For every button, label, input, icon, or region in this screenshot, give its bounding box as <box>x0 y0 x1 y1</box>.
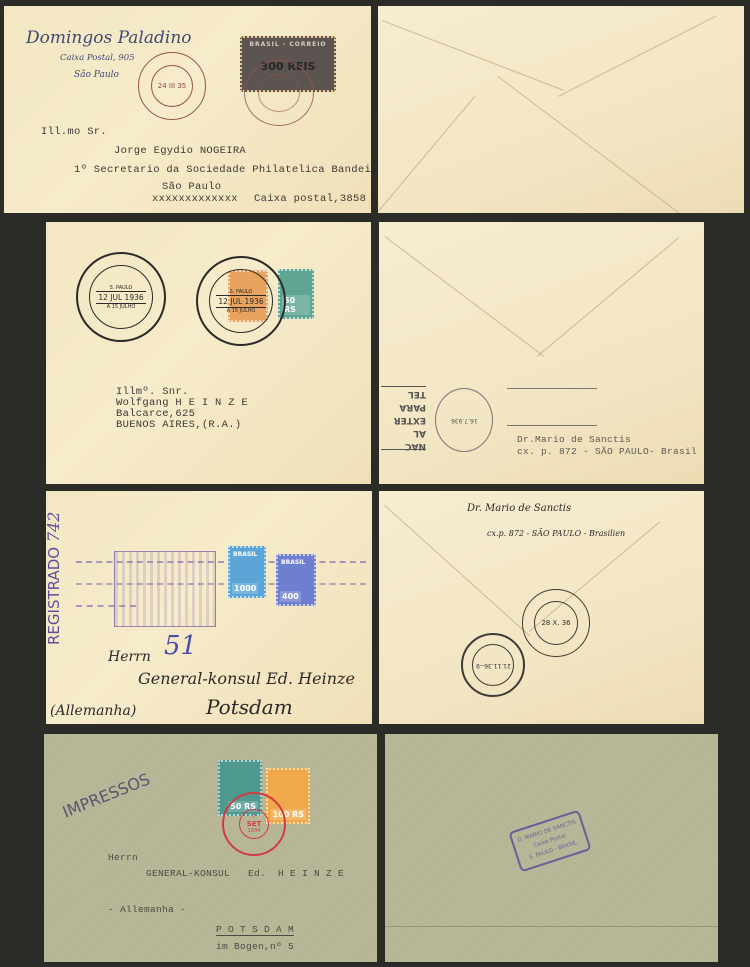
building-cancel <box>114 551 216 627</box>
address-line-2: Jorge Egydio NOGEIRA <box>114 145 246 157</box>
registration-stamp: REGISTRADO 742 <box>46 512 63 645</box>
address-line-2: GENERAL-KONSUL Ed. H E I N Z E <box>146 868 344 879</box>
postmark-date: 21.11.36--9 <box>476 662 511 669</box>
stamp-1000-reis: BRASIL 1000 <box>228 546 266 598</box>
address-line-1: Ill.mo Sr. <box>41 126 107 138</box>
address-line-4: P O T S D A M <box>216 924 294 936</box>
sender-caixa: Caixa Postal, 905 <box>60 53 135 63</box>
address-line-3: - Allemanha - <box>108 904 186 915</box>
address-line-1: Herrn <box>108 852 138 863</box>
manuscript-number: 51 <box>164 631 197 661</box>
postmark-red: 7 SET 1934 <box>222 792 286 856</box>
cover-1-back[interactable] <box>378 6 744 213</box>
address-line-3: 1º Secretario da Sociedade Philatelica B… <box>74 164 371 176</box>
postmark-numismatica-2 <box>244 60 314 126</box>
cover-4-front[interactable]: IMPRESSOS 50 RS 100 RS 7 SET 1934 Herrn … <box>44 734 377 962</box>
address-line-5: xxxxxxxxxxxxx <box>152 193 238 205</box>
return-signature: Dr. Mario de Sanctis <box>467 503 571 514</box>
cover-4-back[interactable]: D. MARIO DE SANCTIS Caixa Postal S. PAUL… <box>385 734 718 962</box>
sender-city: São Paulo <box>74 70 119 80</box>
address-line-3: Potsdam <box>206 695 293 719</box>
impressos-handstamp: IMPRESSOS <box>60 769 153 821</box>
sender-handstamp: D. MARIO DE SANCTIS Caixa Postal S. PAUL… <box>508 810 591 873</box>
cover-2-back[interactable]: NAC AL EXTER PARA TEL 16.7.936 Dr.Mario … <box>379 222 704 484</box>
postmark-numismatica: 24 III 35 <box>138 52 206 120</box>
cover-3-front[interactable]: REGISTRADO 742 BRASIL 1000 BRASIL 400 51… <box>46 491 372 724</box>
address-line-2: General-konsul Ed. Heinze <box>138 669 355 688</box>
postmark-date: 12 JUL 1936 <box>216 295 265 308</box>
address-line-5: im Bogen,nº 5 <box>216 941 294 952</box>
postmark-date: 24 III 35 <box>158 82 186 90</box>
address-line-1: Herrn <box>108 649 151 665</box>
return-address-line-1: Dr.Mario de Sanctis <box>517 434 631 445</box>
return-address-line-2: cx. p. 872 - SÃO PAULO- Brasil <box>517 446 697 457</box>
cover-2-front[interactable]: S. PAULO 12 JUL 1936 A 15 JULHO 50 RS S.… <box>46 222 371 484</box>
postmark-potsdam: 21.11.36--9 <box>461 633 525 697</box>
address-line-4: São Paulo <box>162 181 221 193</box>
address-line-4: (Allemanha) <box>50 703 136 719</box>
address-line-6: Caixa postal,3858 <box>254 193 366 205</box>
postmark-sao-paulo: 28 X. 36 <box>522 589 590 657</box>
cover-3-back[interactable]: Dr. Mario de Sanctis cx.p. 872 - SÃO PAU… <box>379 491 704 724</box>
postmark-date: 12 JUL 1936 <box>96 291 145 304</box>
sender-name: Domingos Paladino <box>26 28 192 48</box>
return-address: cx.p. 872 - SÃO PAULO - Brasilien <box>487 529 625 538</box>
postmark-date: 28 X. 36 <box>541 619 570 627</box>
postmark-exposicao-1: S. PAULO 12 JUL 1936 A 15 JULHO <box>76 252 166 342</box>
postmark-back: 16.7.936 <box>435 388 493 452</box>
address-line-4: BUENOS AIRES,(R.A.) <box>116 419 241 431</box>
machine-cancel: NAC AL EXTER PARA TEL <box>381 386 426 450</box>
stamp-400-reis: BRASIL 400 <box>276 554 316 606</box>
cover-1-front[interactable]: Domingos Paladino Caixa Postal, 905 São … <box>4 6 371 213</box>
postmark-exposicao-2: S. PAULO 12 JUL 1936 A 15 JULHO <box>196 256 286 346</box>
